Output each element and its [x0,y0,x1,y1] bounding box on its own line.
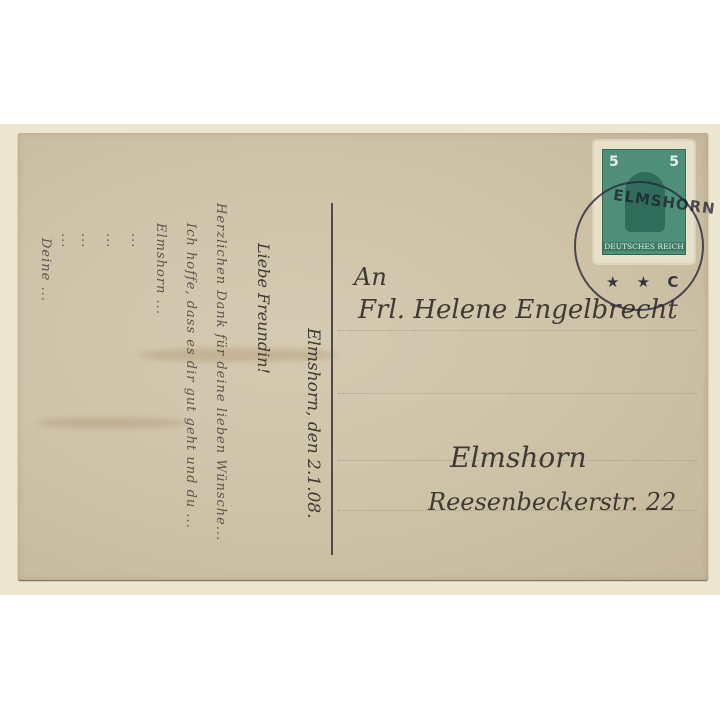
stamp-value: 5 [609,154,619,170]
message-place-date: Elmshorn, den 2.1.08. [303,328,323,519]
message-line: ... [128,233,143,248]
stamp-value: 5 [669,154,679,170]
message-signature: Deine ... [38,238,53,302]
address-street: Reesenbeckerstr. 22 [428,488,676,516]
address-guide-line [338,393,698,394]
message-greeting: Liebe Freundin! [254,243,273,374]
message-line: ... [58,233,73,248]
postmark-code: ★ ★ C [606,273,684,291]
postcard: An Frl. Helene Engelbrecht Elmshorn Rees… [18,133,708,580]
address-guide-line [338,330,698,331]
address-town: Elmshorn [450,441,587,474]
message-line: ... [103,233,118,248]
stain [38,418,188,428]
message-line: ... [78,233,93,248]
message-line: Elmshorn ... [153,223,168,315]
divider-line [331,203,333,555]
message-line: Ich hoffe, dass es dir gut geht und du .… [183,223,198,529]
address-line-1: An [354,263,387,291]
message-line: Herzlichen Dank für deine lieben Wünsche… [213,203,228,541]
